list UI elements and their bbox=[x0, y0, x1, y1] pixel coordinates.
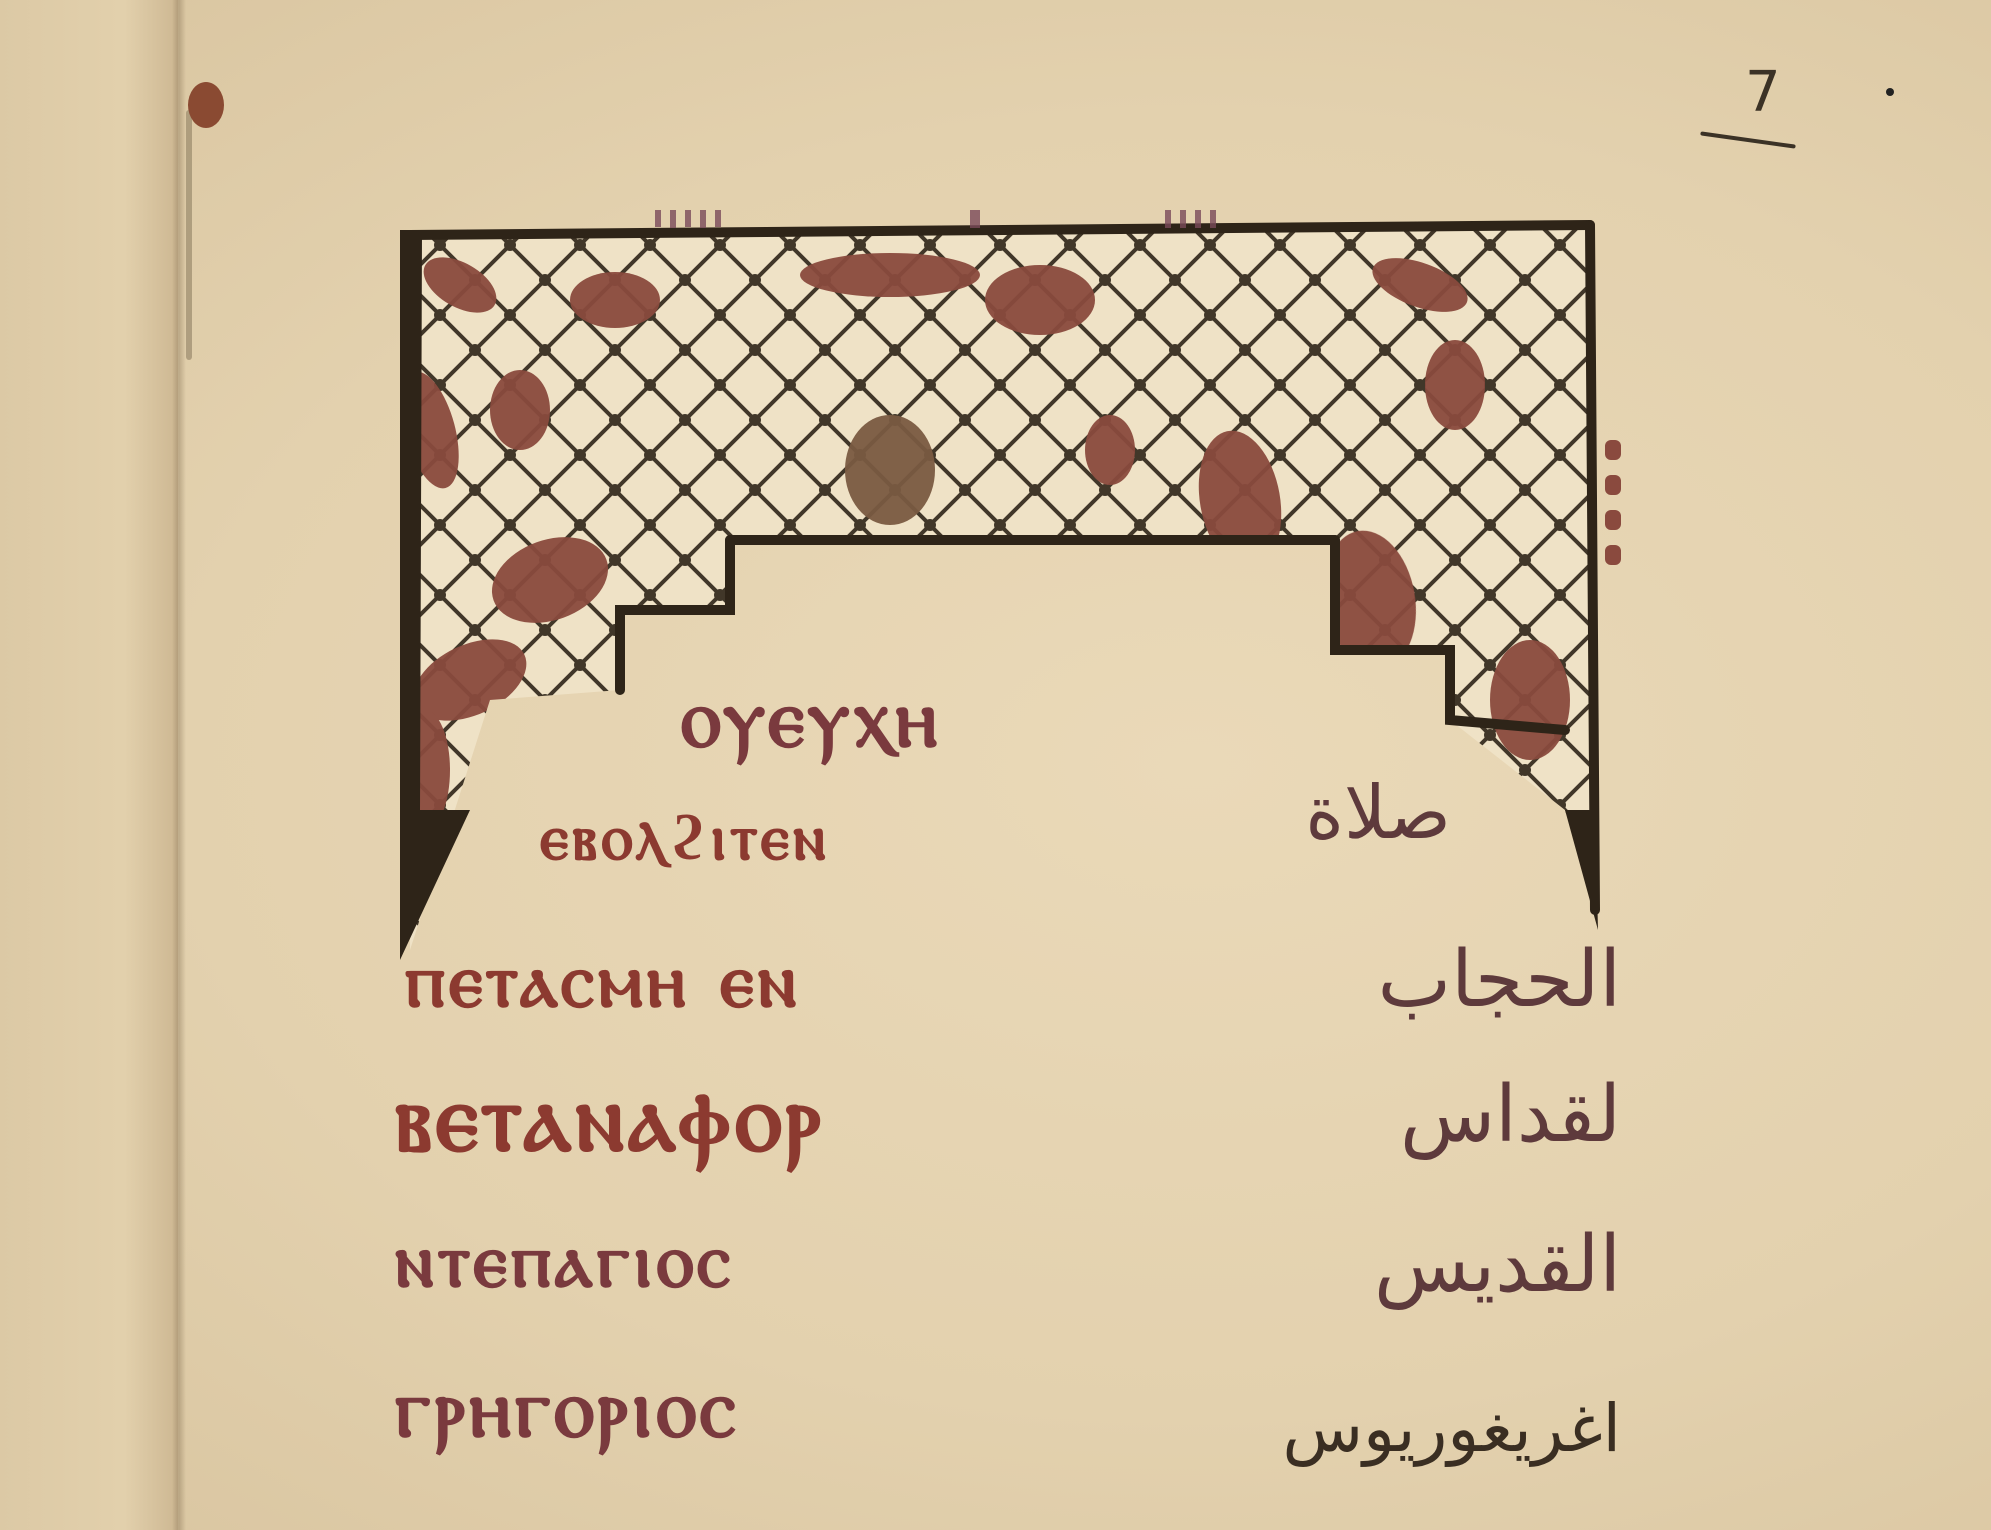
arabic-line-1: صلاة bbox=[1305, 770, 1451, 856]
binding-thread bbox=[186, 110, 192, 360]
arabic-line-4: القديس bbox=[1374, 1220, 1621, 1310]
arabic-line-3: لقداس bbox=[1400, 1070, 1621, 1160]
coptic-line-5: ⲛⲧⲉⲡⲁⲅⲓⲟⲥ bbox=[395, 1215, 734, 1306]
binding-knot bbox=[188, 82, 224, 128]
coptic-line-3: ⲡⲉⲧⲁⲥⲙⲏ ⲉⲛ bbox=[405, 935, 800, 1026]
ink-speck bbox=[1886, 88, 1894, 96]
arabic-line-2: الحجاب bbox=[1378, 935, 1621, 1025]
facing-leaf bbox=[0, 0, 178, 1530]
arabic-line-5: اغريغوريوس bbox=[1283, 1390, 1621, 1467]
coptic-line-2: ⲉⲃⲟⲗϩⲓⲧⲉⲛ bbox=[540, 800, 830, 875]
folio-number: 7 bbox=[1745, 60, 1781, 125]
binding-gutter bbox=[172, 0, 186, 1530]
coptic-line-6: ⲅⲣⲏⲅⲟⲣⲓⲟⲥ bbox=[395, 1360, 740, 1457]
coptic-line-1: ⲟⲩⲉⲩⲭⲏ bbox=[680, 670, 941, 767]
coptic-line-4: ⲃⲉⲧⲁⲛⲁⲫⲟⲣ bbox=[395, 1060, 825, 1175]
